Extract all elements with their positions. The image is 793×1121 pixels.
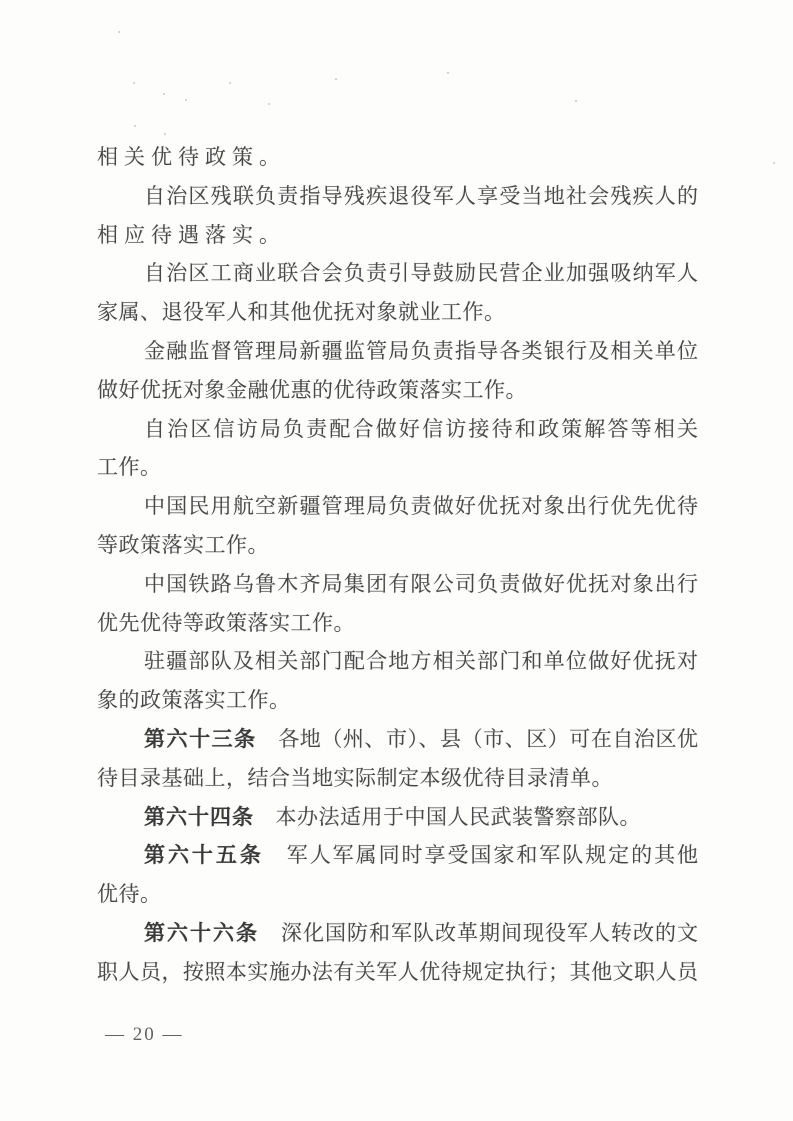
line-text: 等政策落实工作。 [97, 533, 269, 557]
line-text: 家属、退役军人和其他优抚对象就业工作。 [97, 300, 506, 324]
text-line: 等政策落实工作。 [97, 526, 698, 565]
line-text: 自治区残联负责指导残疾退役军人享受当地社会残疾人的 [144, 184, 698, 208]
page-footer: — 20 — [105, 1024, 184, 1046]
term-gap [259, 921, 281, 945]
line-text: 自治区信访局负责配合做好信访接待和政策解答等相关 [144, 417, 698, 441]
scan-speck [163, 93, 165, 95]
document-text-block: 相关优待政策。自治区残联负责指导残疾退役军人享受当地社会残疾人的相应待遇落实。自… [97, 138, 698, 992]
text-line: 第六十三条 各地（州、市）、县（市、区）可在自治区优 [97, 720, 698, 759]
scan-speck [134, 125, 136, 127]
scan-speck [229, 82, 231, 84]
line-text: 深化国防和军队改革期间现役军人转改的文 [281, 921, 698, 945]
text-line: 自治区信访局负责配合做好信访接待和政策解答等相关 [97, 410, 698, 449]
scan-speck [335, 78, 337, 80]
article-number: 第六十五条 [144, 843, 264, 867]
line-text: 相关优待政策。 [97, 145, 286, 169]
scanned-page: 相关优待政策。自治区残联负责指导残疾退役军人享受当地社会残疾人的相应待遇落实。自… [0, 0, 793, 1121]
line-text: 工作。 [97, 455, 162, 479]
scan-speck [575, 100, 577, 102]
text-line: 自治区残联负责指导残疾退役军人享受当地社会残疾人的 [97, 177, 698, 216]
scan-speck [447, 72, 449, 74]
scan-speck [133, 82, 135, 84]
text-line: 优先优待等政策落实工作。 [97, 604, 698, 643]
line-text: 金融监督管理局新疆监管局负责指导各类银行及相关单位 [144, 339, 698, 363]
text-line: 驻疆部队及相关部门配合地方相关部门和单位做好优抚对 [97, 642, 698, 681]
line-text: 本办法适用于中国人民武装警察部队。 [276, 805, 642, 829]
line-text: 自治区工商业联合会负责引导鼓励民营企业加强吸纳军人 [144, 261, 698, 285]
text-line: 第六十四条 本办法适用于中国人民武装警察部队。 [97, 798, 698, 837]
article-number: 第六十六条 [144, 921, 259, 945]
line-text: 各地（州、市）、县（市、区）可在自治区优 [278, 727, 698, 751]
text-line: 第六十五条 军人军属同时享受国家和军队规定的其他 [97, 836, 698, 875]
text-line: 优待。 [97, 875, 698, 914]
term-gap [264, 843, 287, 867]
line-text: 待目录基础上，结合当地实际制定本级优待目录清单。 [97, 766, 613, 790]
line-text: 做好优抚对象金融优惠的优待政策落实工作。 [97, 378, 527, 402]
text-line: 自治区工商业联合会负责引导鼓励民营企业加强吸纳军人 [97, 254, 698, 293]
line-text: 相应待遇落实。 [97, 223, 286, 247]
text-line: 做好优抚对象金融优惠的优待政策落实工作。 [97, 371, 698, 410]
text-line: 中国民用航空新疆管理局负责做好优抚对象出行优先优待 [97, 487, 698, 526]
text-line: 相应待遇落实。 [97, 216, 698, 255]
line-text: 职人员，按照本实施办法有关军人优待规定执行；其他文职人员 [97, 960, 698, 984]
text-line: 象的政策落实工作。 [97, 681, 698, 720]
article-number: 第六十三条 [144, 727, 257, 751]
line-text: 优先优待等政策落实工作。 [97, 611, 355, 635]
text-line: 待目录基础上，结合当地实际制定本级优待目录清单。 [97, 759, 698, 798]
scan-speck [185, 99, 187, 101]
text-line: 中国铁路乌鲁木齐局集团有限公司负责做好优抚对象出行 [97, 565, 698, 604]
text-line: 相关优待政策。 [97, 138, 698, 177]
scan-speck [773, 162, 775, 164]
text-line: 工作。 [97, 448, 698, 487]
text-line: 家属、退役军人和其他优抚对象就业工作。 [97, 293, 698, 332]
line-text: 象的政策落实工作。 [97, 688, 291, 712]
scan-speck [164, 133, 166, 135]
text-line: 金融监督管理局新疆监管局负责指导各类银行及相关单位 [97, 332, 698, 371]
scan-speck [118, 31, 120, 33]
term-gap [254, 805, 276, 829]
page-number: — 20 — [105, 1024, 184, 1045]
line-text: 优待。 [97, 882, 162, 906]
line-text: 中国民用航空新疆管理局负责做好优抚对象出行优先优待 [144, 494, 698, 518]
line-text: 中国铁路乌鲁木齐局集团有限公司负责做好优抚对象出行 [144, 572, 698, 596]
text-line: 第六十六条 深化国防和军队改革期间现役军人转改的文 [97, 914, 698, 953]
line-text: 驻疆部队及相关部门配合地方相关部门和单位做好优抚对 [144, 649, 698, 673]
line-text: 军人军属同时享受国家和军队规定的其他 [287, 843, 698, 867]
text-line: 职人员，按照本实施办法有关军人优待规定执行；其他文职人员 [97, 953, 698, 992]
article-number: 第六十四条 [144, 805, 254, 829]
term-gap [257, 727, 279, 751]
scan-speck [268, 103, 270, 105]
